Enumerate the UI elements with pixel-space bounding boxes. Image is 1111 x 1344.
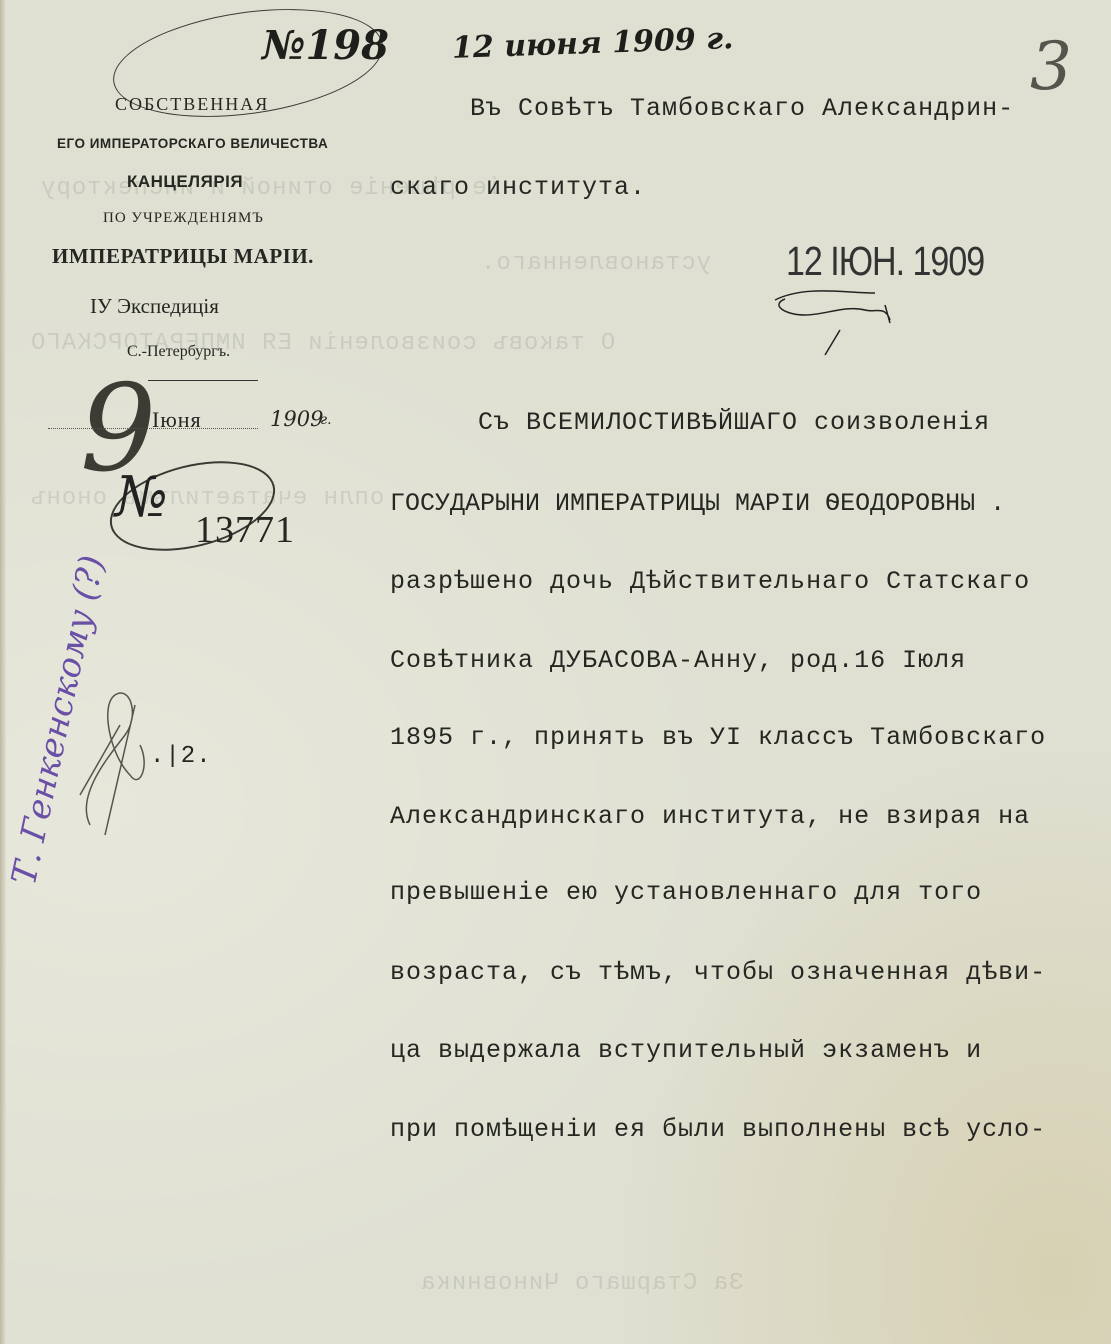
body-line: 1895 г., принять въ УI классъ Тамбовскаг… <box>390 723 1046 752</box>
letterhead-line-1: СОБСТВЕННАЯ <box>115 94 269 115</box>
body-line: разрѣшено дочь Дѣйствительнаго Статскаго <box>390 567 1030 596</box>
margin-number: .|2. <box>150 743 212 770</box>
bleed-through-text: установленнаго. <box>480 250 711 277</box>
body-line: Совѣтника ДУБАСОВА-Анну, род.16 Іюля <box>390 646 966 675</box>
body-line: ГОСУДАРЫНИ ИМПЕРАТРИЦЫ МАРІИ ѲЕОДОРОВНЫ … <box>390 489 1005 518</box>
registration-number-sign: № <box>115 465 168 530</box>
date-year-suffix: г. <box>320 412 332 428</box>
body-line: Съ ВСЕМИЛОСТИВѢЙШАГО соизволенія <box>478 408 990 437</box>
addressee-line-2: скаго института. <box>390 173 646 202</box>
bleed-through-text: За Старшаго Чиновника <box>420 1270 743 1297</box>
letterhead-line-3: КАНЦЕЛЯРІЯ <box>127 172 243 192</box>
body-line: Александринскаго института, не взирая на <box>390 802 1030 831</box>
paper-edge <box>0 0 6 1344</box>
receipt-signature <box>765 285 905 365</box>
bleed-through-text: О таковъ соизволеніи ЕЯ ИМПЕРАТОРСКАГО <box>30 330 615 357</box>
handwritten-date: 12 июня 1909 г. <box>451 21 734 66</box>
expedition-label: IУ Экспедиція <box>90 294 219 319</box>
outgoing-number: №198 <box>262 22 389 69</box>
registration-number: 13771 <box>195 508 295 552</box>
letterhead-line-4: ПО УЧРЕЖДЕНІЯМЪ <box>103 210 264 227</box>
document-page: ніе рѣшеніе отиной и инспектору установл… <box>0 0 1111 1344</box>
date-month: Іюня <box>152 407 202 433</box>
letterhead-line-2: ЕГО ИМПЕРАТОРСКАГО ВЕЛИЧЕСТВА <box>57 136 328 151</box>
letterhead-line-5: ИМПЕРАТРИЦЫ МАРІИ. <box>52 244 314 269</box>
body-line: ца выдержала вступительный экзаменъ и <box>390 1036 982 1065</box>
body-line: превышеніе ею установленнаго для того <box>390 878 982 907</box>
city-label: С.-Петербургъ. <box>127 343 230 361</box>
pencil-initials-signature <box>70 665 160 845</box>
received-date-stamp: 12 ІЮН. 1909 <box>786 239 984 286</box>
date-year: 1909 <box>270 407 323 431</box>
ornament-divider <box>148 380 258 381</box>
addressee-line-1: Въ Совѣтъ Тамбовскаго Александрин- <box>470 94 1014 123</box>
page-number: 3 <box>1030 28 1072 105</box>
body-line: при помѣщеніи ея были выполнены всѣ усло… <box>390 1115 1046 1144</box>
body-line: возраста, съ тѣмъ, чтобы означенная дѣви… <box>390 958 1046 987</box>
